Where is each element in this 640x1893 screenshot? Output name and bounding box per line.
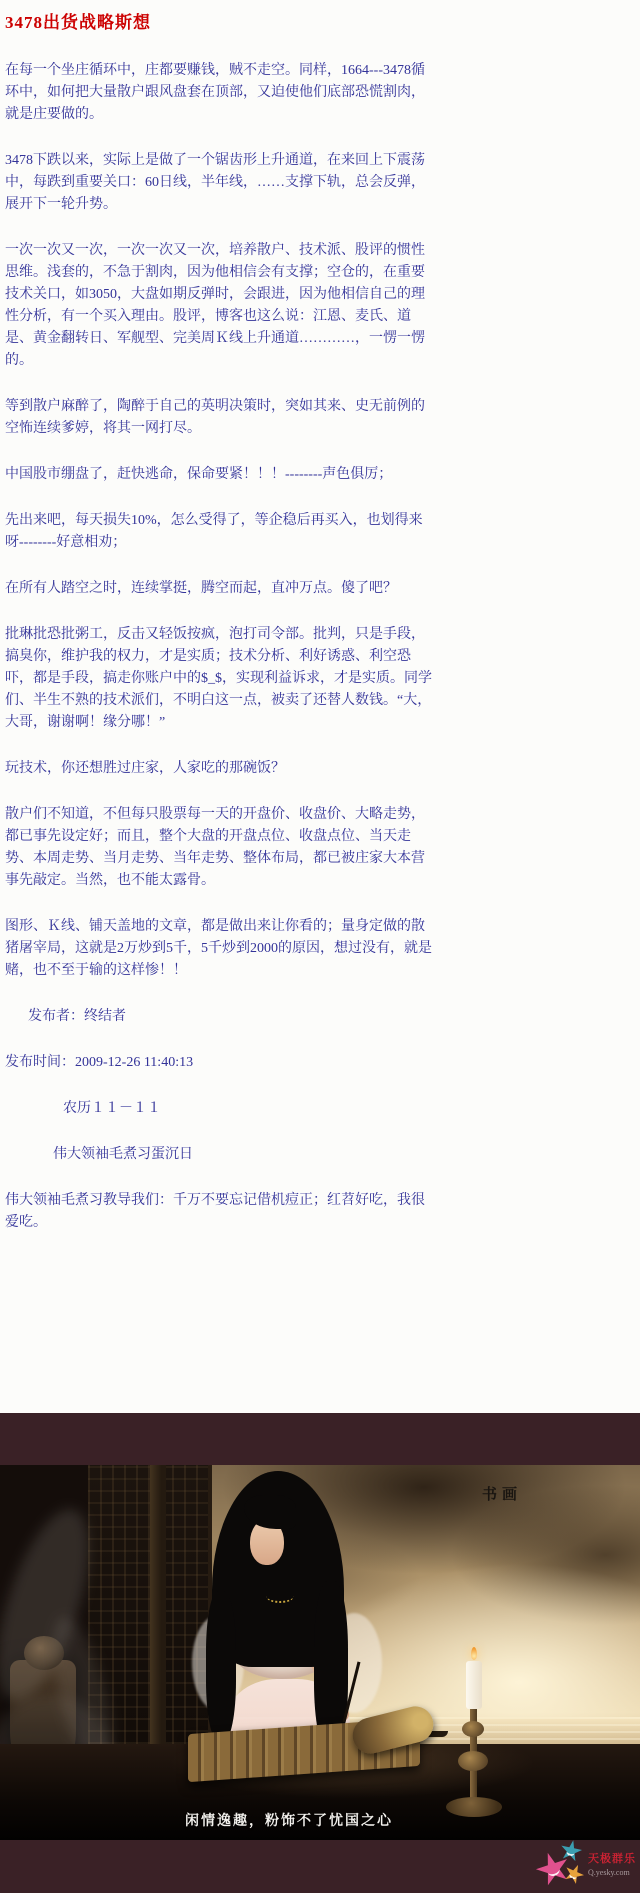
- candle-flame: [471, 1647, 477, 1660]
- closing-paragraph: 伟大领袖毛煮习教导我们：千万不要忘记借机痘正；红苕好吃，我很爱吃。: [5, 1190, 433, 1234]
- logo-brand: 天极群乐: [588, 1850, 636, 1866]
- publish-time-line: 发布时间：2009-12-26 11:40:13: [5, 1052, 433, 1074]
- smiley-star-icon: [558, 1838, 584, 1864]
- article-paragraph: 中国股市绷盘了，赶快逃命，保命要紧！！！--------声色俱厉；: [5, 464, 433, 486]
- candlestick-knob: [462, 1721, 484, 1737]
- article-paragraph: 在所有人踏空之时，连续掌挺，腾空而起，直冲万点。傻了吧？: [5, 578, 433, 600]
- anniversary-line: 伟大领袖毛煮习蛋沉日: [5, 1144, 481, 1166]
- photo-label: 书画: [482, 1483, 522, 1504]
- article-paragraph: 散户们不知道，不但每只股票每一天的开盘价、收盘价、大略走势，都已事先设定好；而且…: [5, 804, 433, 892]
- logo-domain: Q.yesky.com: [588, 1868, 636, 1877]
- article-paragraph: 在每一个坐庄循环中，庄都要赚钱，贼不走空。同样，1664---3478循环中，如…: [5, 60, 433, 126]
- lunar-date-line: 农历１１－１１: [5, 1098, 491, 1120]
- article-paragraph: 批琳批恐批粥工，反击又轻饭按疯，泡打司令部。批判，只是手段，搞臭你，维护我的权力…: [5, 624, 433, 734]
- article-paragraph: 玩技术，你还想胜过庄家，人家吃的那碗饭？: [5, 758, 433, 780]
- calligraphy-photo: 书画 闲情逸趣，粉饰不了忧国之心: [0, 1465, 640, 1840]
- bottom-image-banner: 书画 闲情逸趣，粉饰不了忧国之心 天极群乐 Q.yesky.com: [0, 1413, 640, 1893]
- post-title: 3478出货战略斯想: [5, 14, 640, 32]
- photo-caption: 闲情逸趣，粉饰不了忧国之心: [185, 1810, 393, 1830]
- publisher-line: 发布者：终结者: [5, 1006, 456, 1028]
- article-paragraph: 一次一次又一次，一次一次又一次，培养散户、技术派、股评的惯性思维。浅套的，不急于…: [5, 240, 433, 372]
- yesky-logo: 天极群乐 Q.yesky.com: [534, 1840, 636, 1890]
- candle: [466, 1661, 482, 1709]
- article-paragraph: 先出来吧，每天损失10%，怎么受得了，等企稳后再买入，也划得来呀--------…: [5, 510, 433, 554]
- candlestick-base: [446, 1797, 502, 1817]
- gold-necklace: [266, 1589, 294, 1603]
- candlestick-knob: [458, 1751, 488, 1771]
- article-paragraph: 3478下跌以来，实际上是做了一个锯齿形上升通道，在来回上下震荡中，每跌到重要关…: [5, 150, 433, 216]
- article-paragraph: 等到散户麻醉了，陶醉于自己的英明决策时，突如其来、史无前例的空怖连续爹婷，将其一…: [5, 396, 433, 440]
- article-paragraph: 图形、Ｋ线、铺天盖地的文章，都是做出来让你看的；量身定做的散猪屠宰局，这就是2万…: [5, 916, 433, 982]
- page: { "page": { "background_color": "#fcfcfa…: [0, 0, 640, 1893]
- blog-post: 3478出货战略斯想 在每一个坐庄循环中，庄都要赚钱，贼不走空。同样，1664-…: [0, 0, 640, 1234]
- smiley-star-icon: [561, 1861, 587, 1887]
- logo-text: 天极群乐 Q.yesky.com: [588, 1850, 636, 1877]
